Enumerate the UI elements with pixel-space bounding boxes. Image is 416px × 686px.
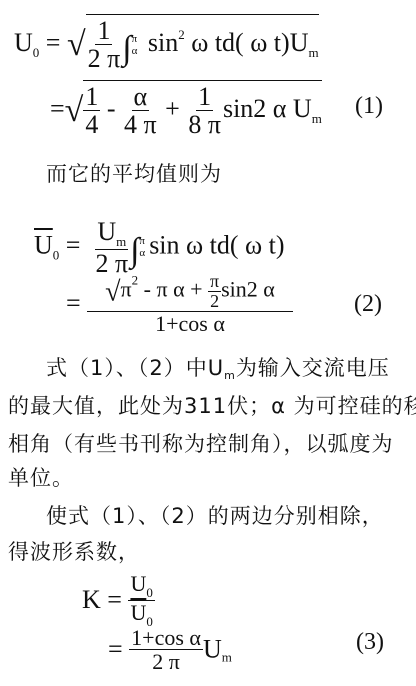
pi: π (121, 276, 132, 301)
subscript: m (222, 650, 232, 665)
symbol-u-bar: U (34, 230, 53, 259)
sqrt-icon: √ (105, 276, 120, 307)
superscript: 2 (132, 272, 139, 287)
upper-limit: π (139, 235, 145, 247)
superscript: 2 (178, 27, 185, 42)
subscript: m (116, 234, 126, 249)
numerator-u: U (97, 217, 116, 246)
equation-number-2: (2) (354, 292, 382, 316)
sqrt-icon: √ (67, 26, 86, 63)
equation-1-line-1: U0 = √ 1 2 π ∫πα sin2 ω td( ω t)Um (14, 14, 319, 73)
subscript: m (308, 45, 318, 60)
denominator: 8 π (186, 111, 223, 138)
integral-limits: πα (132, 33, 138, 57)
numerator: 1 (196, 83, 213, 111)
num-tail: sin2 α (221, 276, 275, 301)
equation-2-line-2: = √π2 - π α + π2sin2 α 1+cos α (66, 272, 293, 335)
paragraph-1-line-1: 式（1）、（2）中Um为输入交流电压 (46, 352, 390, 392)
u: U (130, 571, 146, 596)
equals-sign: = (108, 635, 123, 664)
equals-sign: = (66, 230, 81, 259)
equals-sign: = (50, 94, 65, 123)
fraction: 1+cos α 2 π (129, 626, 203, 673)
subscript: 0 (53, 247, 60, 262)
equation-3-line-2: = 1+cos α 2 π Um (108, 626, 232, 673)
num-middle: - π α + (144, 276, 203, 301)
denominator: 4 (83, 111, 100, 138)
integral-icon: ∫ (122, 30, 131, 67)
symbol-k: K (82, 585, 101, 614)
fraction: α4 π (122, 83, 159, 139)
fraction: √π2 - π α + π2sin2 α 1+cos α (87, 272, 293, 335)
sqrt-body: 14 - α4 π + 18 πsin2 α Um (83, 80, 322, 139)
tail-u: U (203, 635, 222, 664)
subscript: m (312, 111, 322, 126)
symbol-u: U (14, 28, 33, 57)
numerator: Um (95, 218, 128, 250)
integrand: sin (148, 28, 178, 57)
denominator: 1+cos α (153, 312, 227, 335)
integral-icon: ∫ (130, 232, 139, 269)
numerator: π (208, 272, 221, 292)
lower-limit: α (132, 45, 138, 57)
numerator: U0 (128, 572, 154, 601)
minus-sign: - (107, 94, 116, 123)
text: 为输入交流电压 (236, 356, 390, 380)
equation-2-line-1: U0 = Um2 π∫παsin ω td( ω t) (34, 218, 285, 277)
equals-sign: = (66, 288, 81, 317)
integrand: sin ω td( ω t) (149, 230, 284, 259)
equation-3-line-1: K = U0 U0 (82, 572, 155, 628)
numerator: √π2 - π α + π2sin2 α (87, 272, 293, 312)
tail-term: sin2 α U (223, 94, 312, 123)
denominator: 4 π (122, 111, 159, 138)
fraction: Um2 π (93, 218, 130, 277)
denominator: 2 (208, 292, 221, 311)
equation-number-3: (3) (356, 630, 384, 654)
equation-number-1: (1) (355, 94, 383, 118)
paragraph-1-line-3: 相角（有些书刊称为控制角），以弧度为 (8, 428, 394, 460)
fraction: U0 U0 (128, 572, 154, 628)
equals-sign: = (46, 28, 61, 57)
lower-limit: α (139, 247, 145, 259)
upper-limit: π (132, 33, 138, 45)
numerator: 1 (95, 17, 112, 45)
paragraph-1-line-4: 单位。 (8, 462, 74, 494)
denominator: 2 π (150, 650, 182, 673)
numerator: α (132, 83, 150, 111)
subscript: 0 (146, 585, 153, 600)
integrand-rest: ω td( ω t)U (191, 28, 308, 57)
text: 式（1）、（2）中U (46, 356, 224, 380)
equals-sign: = (107, 585, 122, 614)
subscript: 0 (33, 45, 40, 60)
fraction: 1 2 π (86, 17, 123, 73)
sqrt-icon: √ (65, 92, 84, 129)
fraction: 18 π (186, 83, 223, 139)
u-bar: U (130, 600, 146, 625)
numerator: 1 (83, 83, 100, 111)
fraction: 14 (83, 83, 100, 139)
paragraph-1-line-2: 的最大值，此处为311伏；α 为可控硅的移 (8, 390, 416, 422)
text-average-intro: 而它的平均值则为 (46, 158, 222, 190)
integral-limits: πα (139, 235, 145, 259)
denominator: 2 π (86, 45, 123, 72)
fraction: π2 (208, 272, 221, 311)
equation-1-line-2: =√ 14 - α4 π + 18 πsin2 α Um (50, 80, 322, 139)
paragraph-2-line-2: 得波形系数， (8, 536, 140, 568)
sqrt-body: 1 2 π ∫πα sin2 ω td( ω t)Um (86, 14, 319, 73)
numerator: 1+cos α (129, 626, 203, 650)
plus-sign: + (165, 94, 180, 123)
paragraph-2-line-1: 使式（1）、（2）的两边分别相除， (46, 500, 384, 532)
subscript: m (224, 369, 236, 382)
